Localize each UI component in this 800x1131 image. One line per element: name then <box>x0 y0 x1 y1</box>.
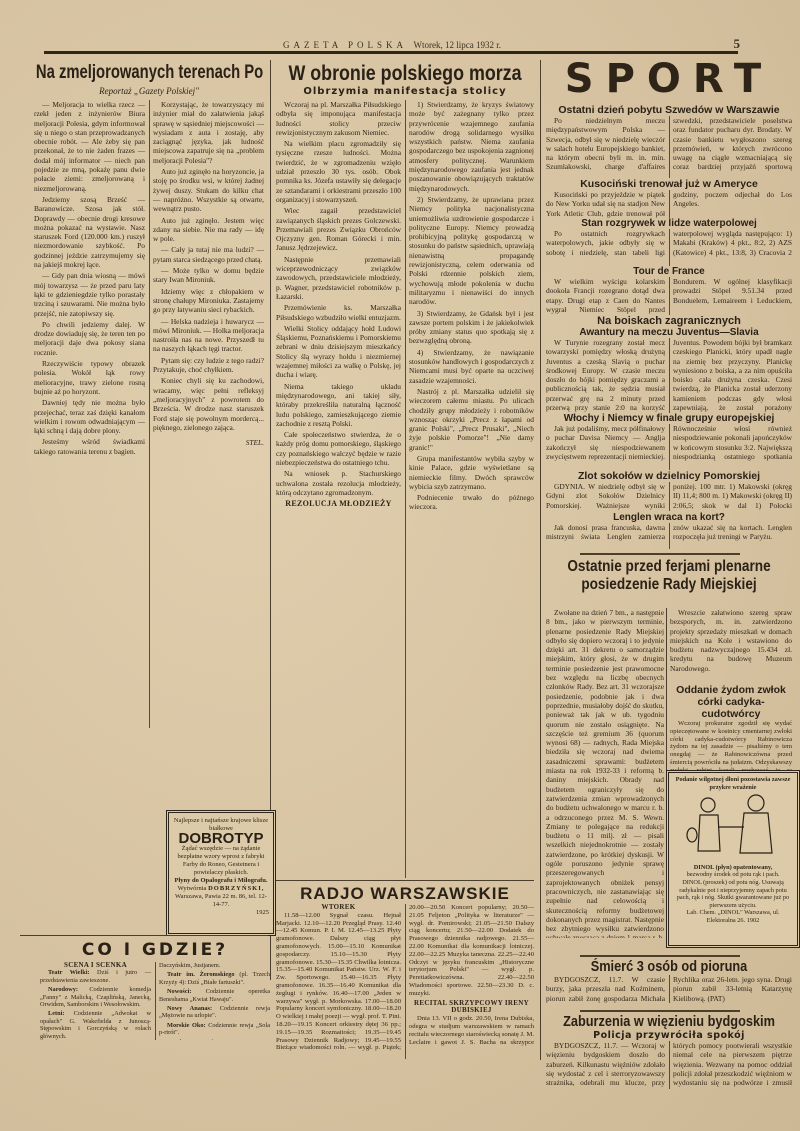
paragraph: Po niedzielnym meczu międzypaństwowym Po… <box>546 116 792 178</box>
ad-text: Wytwórnia <box>178 885 207 892</box>
paragraph: Kusociński po przyjeździe w piątek do Ne… <box>546 190 792 218</box>
paragraph: Auto już zginęło na horyzoncie, ja stoję… <box>153 167 264 213</box>
listing-item: Letni: Codziennie „Adwokat w opałach" G.… <box>40 1010 151 1040</box>
paragraph: BYDGOSZCZ, 11.7. W czasie burzy, jaka pr… <box>546 975 792 1003</box>
headline: córki cadyka-cudotwórcy <box>670 696 792 720</box>
page-number: 5 <box>734 36 741 52</box>
article-body: Wczoraj prokurator zgodził się wydać opi… <box>670 720 792 770</box>
listings: SCENA I SCENKA Teatr Wielki: Dziś i jutr… <box>40 962 270 1040</box>
venue-name: Nowości: <box>167 988 191 995</box>
column-divider <box>540 60 541 1060</box>
listing-item: Banda: Codziennie „Marzyn Warszawski" z … <box>159 1039 270 1040</box>
venue-name: Banda: <box>167 1039 187 1040</box>
issue-date: Wtorek, 12 lipca 1932 r. <box>414 40 501 50</box>
section-title: SPORT <box>546 56 792 102</box>
headline: Na zmeljorowanych terenach Polesia <box>36 62 262 84</box>
article-wiezienie: Zaburzenia w więzieniu bydgoskim Policja… <box>546 1013 792 1093</box>
paragraph: Pytam się: czy ludzie z tego radzi? Przy… <box>153 356 264 375</box>
paragraph: Całe społeczeństwo stwierdza, że o każdy… <box>276 430 401 467</box>
paragraph: Wczoraj na pl. Marszałka Piłsudskiego od… <box>276 100 401 137</box>
headline: Włochy i Niemcy w finale grupy europejsk… <box>546 413 792 424</box>
headline: Awantury na meczu Juventus—Slavia <box>546 327 792 338</box>
paragraph: BYDGOSZCZ, 11.7. — Wczoraj w więzieniu b… <box>546 1041 792 1089</box>
ad-address: Lab. Chem. „DINOL" Warszawa, ul. Elektor… <box>672 909 794 924</box>
paragraph: Po chwili jedziemy dalej. W drodze dowia… <box>34 320 145 357</box>
listing-item: Nowy Ananas: Codziennie rewja „Mężowie n… <box>159 1005 270 1020</box>
paragraph: — Może tylko w domu będzie stary Iwan Mi… <box>153 266 264 285</box>
paragraph: Wiec zagaił przedstawiciel zawiązanych ś… <box>276 206 401 252</box>
ad-text: Żądać wszędzie — na żądanie bezpłatne wz… <box>173 845 269 877</box>
paragraph: Grupa manifestantów wybiła szyby w kinie… <box>409 454 534 491</box>
paragraph: 4) Stwierdzamy, że nawiązanie stosunków … <box>409 348 534 385</box>
ad-headline: Podanie wilgotnej dłoni pozostawia zawsz… <box>672 776 794 791</box>
paragraph: Nastrój z pl. Marszałka udzielił się wie… <box>409 387 534 452</box>
venue-name: Morskie Oko: <box>167 1022 206 1029</box>
listing-item: Teatr Wielki: Dziś i jutro — przedstawie… <box>40 969 151 984</box>
headline: Tour de France <box>546 266 792 277</box>
section-rule <box>580 955 740 957</box>
article-body: BYDGOSZCZ, 11.7. — Wczoraj w więzieniu b… <box>546 1041 792 1089</box>
ad-text: Płyny do Opalografu i Milografu. <box>173 877 269 885</box>
paper-name: GAZETA POLSKA <box>283 40 407 50</box>
paragraph: Wreszcie załatwiono szereg spraw bezspor… <box>670 608 792 673</box>
paragraph: GDYNIA. W niedzielę odbył się w Gdyni zl… <box>546 482 792 511</box>
paragraph: Po ostatnich rozgrywkach waterpolowych, … <box>546 229 792 266</box>
ad-text: DINOL (płyn) opatentowany, <box>694 864 773 871</box>
article-body: Wczoraj na pl. Marszałka Piłsudskiego od… <box>276 100 534 878</box>
venue-name: Teatr im. Żeromskiego <box>167 971 235 978</box>
headline: Zaburzenia w więzieniu bydgoskim <box>547 1013 790 1030</box>
listing-item: Nowości: Codziennie operetka Beneshama „… <box>159 988 270 1003</box>
article-body: Kusociński po przyjeździe w piątek do Ne… <box>546 190 792 218</box>
listing-item: Teatr im. Żeromskiego (pl. Trzech Krzyży… <box>159 971 270 986</box>
ad-dobrotyp: Najlepsze i najtańsze krajowe klisze bia… <box>166 810 276 936</box>
resolution-heading: REZOLUCJA MŁODZIEŻY <box>276 499 401 508</box>
paragraph: Na wniosek p. Stachurskiego uchwalona zo… <box>276 469 401 497</box>
section-co-i-gdzie: CO I GDZIE? SCENA I SCENKA Teatr Wielki:… <box>40 940 270 1040</box>
paragraph: Dawniej tędy nie można było przejechać, … <box>34 398 145 435</box>
paragraph: Wielki Stolicy oddający hołd Ludowi Śląs… <box>276 324 401 380</box>
signature: STEL. <box>153 438 264 447</box>
subheadline: Policja przywróciła spokój <box>546 1030 792 1041</box>
paragraph: 1) Stwierdzamy, że kryzys światowy może … <box>409 100 534 193</box>
ad-address: Warszawa, Pawia 22 m. 86, tel. 12-14-77. <box>173 893 269 909</box>
paragraph: — Cały ja tutaj nie ma ludzi? — pytam st… <box>153 245 264 264</box>
article-body: GDYNIA. W niedzielę odbył się w Gdyni zl… <box>546 482 792 511</box>
paragraph: Niema takiego układu międzynarodowego, a… <box>276 382 401 428</box>
article-body: Zwołane na dzień 7 bm., a następnie 8 bm… <box>546 608 664 938</box>
venue-name: Narodowy: <box>48 986 78 993</box>
section-title: RADJO WARSZAWSKIE <box>276 884 534 904</box>
article-body: W Turynie rozegrany został mecz towarzys… <box>546 338 792 413</box>
paragraph: — Meljoracja to wielka rzecz — rzekł jed… <box>34 100 145 193</box>
paragraph: Jedziemy szosą Brześć — Baranowicze. Szo… <box>34 195 145 269</box>
paragraph: Na wielkim placu zgromadziły się tysięcz… <box>276 139 401 204</box>
subheadline: Olbrzymia manifestacja stolicy <box>276 86 534 97</box>
subheading: RECITAL SKRZYPCOWY IRENY DUBISKIEJ <box>409 1000 534 1016</box>
ad-text: bezwodny środek od potu rąk i pach. <box>672 871 794 879</box>
listing-item: Narodowy: Codziennie komedja „Fanny" z M… <box>40 986 151 1008</box>
paragraph: Idziemy więc z chłopakiem w stronę chału… <box>153 287 264 315</box>
article-body: Jak donosi prasa francuska, dawna mistrz… <box>546 523 792 549</box>
headline: Lenglen wraca na kort? <box>546 512 792 523</box>
radio-program: WTOREK 11.58—12.00 Sygnał czasu. Hejnał … <box>276 904 534 1059</box>
ad-maker: DOBRZYŃSKI, <box>208 885 264 892</box>
paragraph: 2) Stwierdzamy, że uprawiana przez Niemc… <box>409 195 534 307</box>
section-rule <box>276 880 534 881</box>
paragraph: Wczoraj prokurator zgodził się wydać opi… <box>670 720 792 770</box>
paragraph: Auto już zginęło. Jestem więc zdany na s… <box>153 216 264 244</box>
section-title: CO I GDZIE? <box>40 940 270 960</box>
headline: Zlot sokołów w dzielnicy Pomorskiej <box>546 470 792 482</box>
paragraph: Przemówienie ks. Marszałka Piłsudskiego … <box>276 303 401 322</box>
paragraph: Rzeczywiście typowy obrazek polesia. Wok… <box>34 359 145 396</box>
section-sport: SPORT Ostatni dzień pobytu Szwedów w War… <box>546 56 792 511</box>
paragraph: Podniecenie trwało do późnego wieczora. <box>409 493 534 512</box>
day-heading: WTOREK <box>276 904 401 912</box>
article-rada-col1: Zwołane na dzień 7 bm., a następnie 8 bm… <box>546 608 664 938</box>
article-body: — Meljoracja to wielka rzecz — rzekł jed… <box>34 100 264 728</box>
article-body: Po ostatnich rozgrywkach waterpolowych, … <box>546 229 792 266</box>
paragraph: Jak już podaliśmy, mecz półfinałowy o pu… <box>546 424 792 470</box>
article-rada-col2: Wreszcie załatwiono szereg spraw bezspor… <box>670 608 792 680</box>
paragraph: W wielkim wyścigu kolarskim dookoła Fran… <box>546 277 792 315</box>
article-lenglen: Lenglen wraca na kort? Jak donosi prasa … <box>546 512 792 552</box>
section-rule <box>580 1010 740 1012</box>
headline: posiedzenie Rady Miejskiej <box>547 576 790 594</box>
paragraph: Korzystając, że towarzyszący mi inżynier… <box>153 100 264 165</box>
article-body: Wreszcie załatwiono szereg spraw bezspor… <box>670 608 792 680</box>
masthead-rule <box>44 51 738 54</box>
paragraph: Jesteśmy wśród świadkami takiego ratowan… <box>34 437 145 456</box>
paragraph: 3) Stwierdzamy, że Gdańsk był i jest zaw… <box>409 309 534 346</box>
paragraph: — Helska nadzieja i huwarycz — mówi Miro… <box>153 317 264 354</box>
section-rule <box>20 935 268 936</box>
listing-item: Morskie Oko: Codziennie rewja „Sola p-rt… <box>159 1022 270 1037</box>
article-piorun: Śmierć 3 osób od pioruna BYDGOSZCZ, 11.7… <box>546 958 792 1008</box>
headline: Ostatni dzień pobytu Szwedów w Warszawie <box>546 104 792 116</box>
article-body: BYDGOSZCZ, 11.7. W czasie burzy, jaka pr… <box>546 975 792 1003</box>
paragraph: Koniec chyli się ku zachodowi, wracamy, … <box>153 376 264 432</box>
section-subtitle: Na boiskach zagranicznych <box>546 315 792 327</box>
ad-dinol: Podanie wilgotnej dłoni pozostawia zawsz… <box>666 770 800 948</box>
paragraph: W Turynie rozegrany został mecz towarzys… <box>546 338 792 413</box>
masthead: GAZETA POLSKA Wtorek, 12 lipca 1932 r. 5 <box>44 40 740 50</box>
section-radjo: RADJO WARSZAWSKIE WTOREK 11.58—12.00 Syg… <box>276 884 534 1059</box>
headline: Stan rozgrywek w lidze waterpolowej <box>546 218 792 229</box>
article-polesie: Na zmeljorowanych terenach Polesia Repor… <box>34 58 264 728</box>
venue-name: Teatr Wielki: <box>48 969 90 976</box>
paragraph: — Gdy pan dnia wiosną — mówi mój towarzy… <box>34 271 145 317</box>
headline: Ostatnie przed ferjami plenarne <box>547 558 790 576</box>
ad-text: DINOL (proszek) od potu nóg. Usuwają rad… <box>672 879 794 909</box>
paragraph: Jak donosi prasa francuska, dawna mistrz… <box>546 523 792 543</box>
article-body: Po niedzielnym meczu międzypaństwowym Po… <box>546 116 792 178</box>
headline: Śmierć 3 osób od pioruna <box>564 958 773 975</box>
headline: Oddanie żydom zwłok <box>670 684 792 696</box>
venue-name: Letni: <box>48 1010 64 1017</box>
venue-name: Nowy Ananas: <box>167 1005 212 1012</box>
article-body: Jak już podaliśmy, mecz półfinałowy o pu… <box>546 424 792 470</box>
article-rada-headline: Ostatnie przed ferjami plenarne posiedze… <box>546 558 792 608</box>
ad-brand: DOBROTYP <box>173 835 269 843</box>
paragraph: Następnie przemawiali wiceprzewodniczący… <box>276 255 401 301</box>
handshake-illustration <box>678 791 788 861</box>
subheadline: Reportaż „Gazety Polskiej" <box>34 86 264 96</box>
article-body: W wielkim wyścigu kolarskim dookoła Fran… <box>546 277 792 315</box>
article-cadyk: Oddanie żydom zwłok córki cadyka-cudotwó… <box>670 684 792 770</box>
paragraph: Zwołane na dzień 7 bm., a następnie 8 bm… <box>546 608 664 938</box>
article-morze: W obronie polskiego morza Olbrzymia mani… <box>276 58 534 878</box>
listings-heading: SCENA I SCENKA <box>40 962 151 969</box>
section-rule <box>580 553 740 555</box>
headline: Kusociński trenował już w Ameryce <box>546 178 792 190</box>
ad-ref: 1925 <box>173 909 269 917</box>
headline: W obronie polskiego morza <box>278 62 531 86</box>
